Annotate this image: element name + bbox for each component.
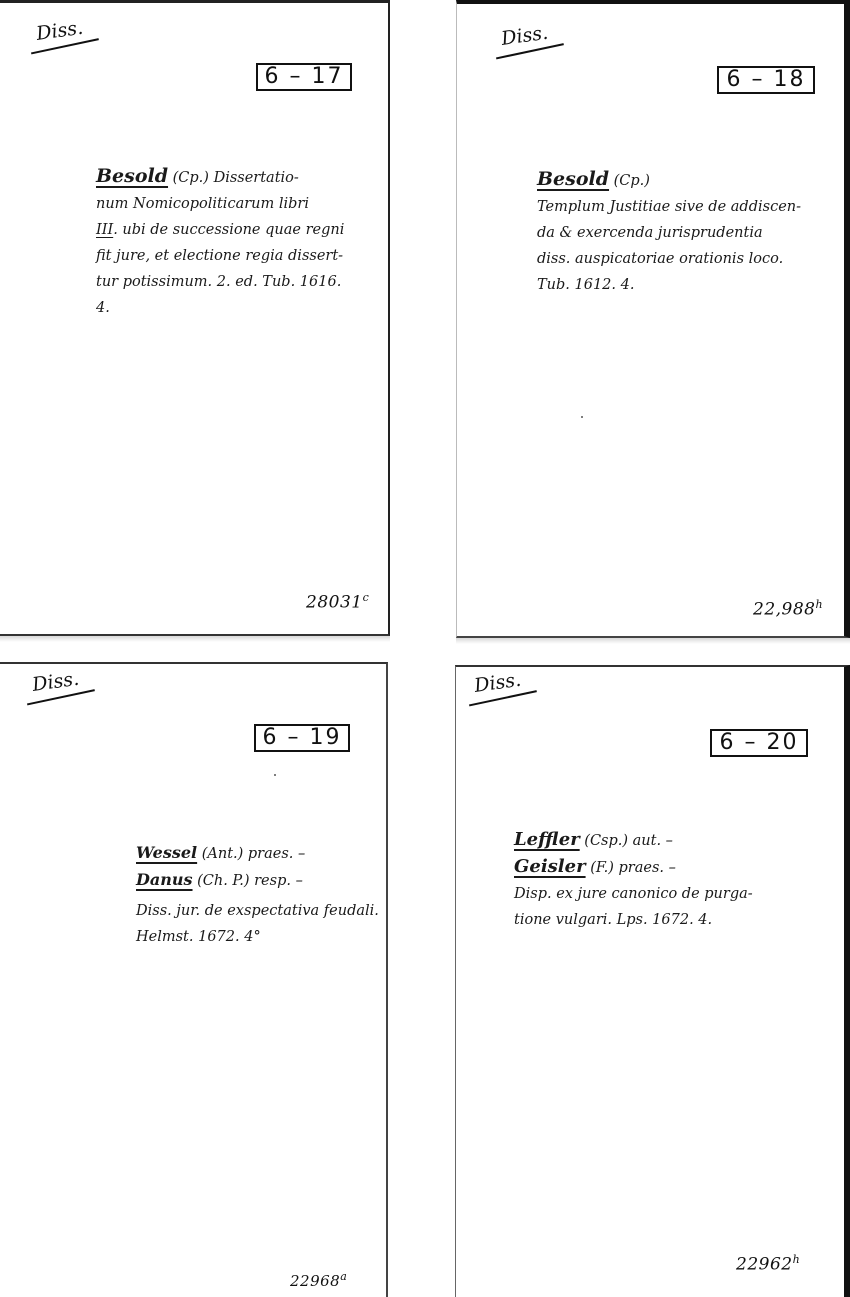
entry-line-2: Geisler (F.) praes. – [514,854,753,881]
accession-number: 22,988h [753,598,823,620]
catalog-card-6-18: Diss. 6 – 18 Besold (Cp.) Templum Justit… [456,0,850,638]
entry-line-4: fit jure, et electione regia dissert- [96,243,344,269]
entry-line-3: Disp. ex jure canonico de purga- [514,881,753,907]
title-start: Dissertatio- [214,170,299,186]
author-name: Wessel [136,843,197,862]
shelf-mark: 6 – 19 [254,724,350,752]
entry-line-5: Tub. 1612. 4. [537,272,801,298]
entry-line-4: diss. auspicatoriae orationis loco. [537,246,801,272]
dis-label: Diss. [35,17,84,45]
entry-line-3: da & exercenda jurisprudentia [537,220,801,246]
entry-line-1: Leffler (Csp.) aut. – [514,827,753,854]
dis-label: Diss. [473,669,522,697]
author-name: Danus [136,870,193,889]
entry-line-4: Helmst. 1672. 4° [136,924,379,950]
entry-line-1: Wessel (Ant.) praes. – [136,840,379,867]
dis-label: Diss. [500,22,549,50]
entry-line-3: Diss. jur. de exspectativa feudali. [136,898,379,924]
author-initials: (Cp.) [614,173,650,189]
dis-label: Diss. [31,668,80,696]
entry-line-2: Danus (Ch. P.) resp. – [136,867,379,894]
accession-number: 22968a [290,1270,347,1290]
entry-line-1: Besold (Cp.) Dissertatio- [96,163,344,191]
shelf-mark: 6 – 18 [717,66,815,94]
author-name: Besold [96,165,168,187]
author-name: Leffler [514,829,580,850]
ink-speck [274,774,276,776]
accession-number: 28031c [306,591,369,613]
roman-numeral: III [96,222,113,238]
catalog-card-6-17: Diss. 6 – 17 Besold (Cp.) Dissertatio- n… [0,0,390,636]
card-shadow [456,638,850,644]
accession-number: 22962h [736,1253,800,1275]
card-entry: Wessel (Ant.) praes. – Danus (Ch. P.) re… [136,840,379,950]
entry-line-2: Templum Justitiae sive de addiscen- [537,194,801,220]
author-initials: (Cp.) [173,170,209,186]
entry-line-3: III. ubi de successione quae regni [96,217,344,243]
author-name: Geisler [514,856,586,877]
catalog-card-6-19: Diss. 6 – 19 Wessel (Ant.) praes. – Danu… [0,662,388,1297]
card-shadow [0,636,390,642]
ink-speck [581,416,583,418]
author-name: Besold [537,168,609,190]
shelf-mark: 6 – 17 [256,63,352,91]
card-entry: Leffler (Csp.) aut. – Geisler (F.) praes… [514,827,753,933]
entry-line-2: num Nomicopoliticarum libri [96,191,344,217]
card-entry: Besold (Cp.) Dissertatio- num Nomicopoli… [96,163,344,321]
shelf-mark: 6 – 20 [710,729,808,757]
entry-line-6: 4. [96,295,344,321]
entry-line-1: Besold (Cp.) [537,166,801,194]
entry-line-4: tione vulgari. Lps. 1672. 4. [514,907,753,933]
entry-line-5: tur potissimum. 2. ed. Tub. 1616. [96,269,344,295]
card-entry: Besold (Cp.) Templum Justitiae sive de a… [537,166,801,298]
catalog-card-6-20: Diss. 6 – 20 Leffler (Csp.) aut. – Geisl… [455,665,850,1297]
